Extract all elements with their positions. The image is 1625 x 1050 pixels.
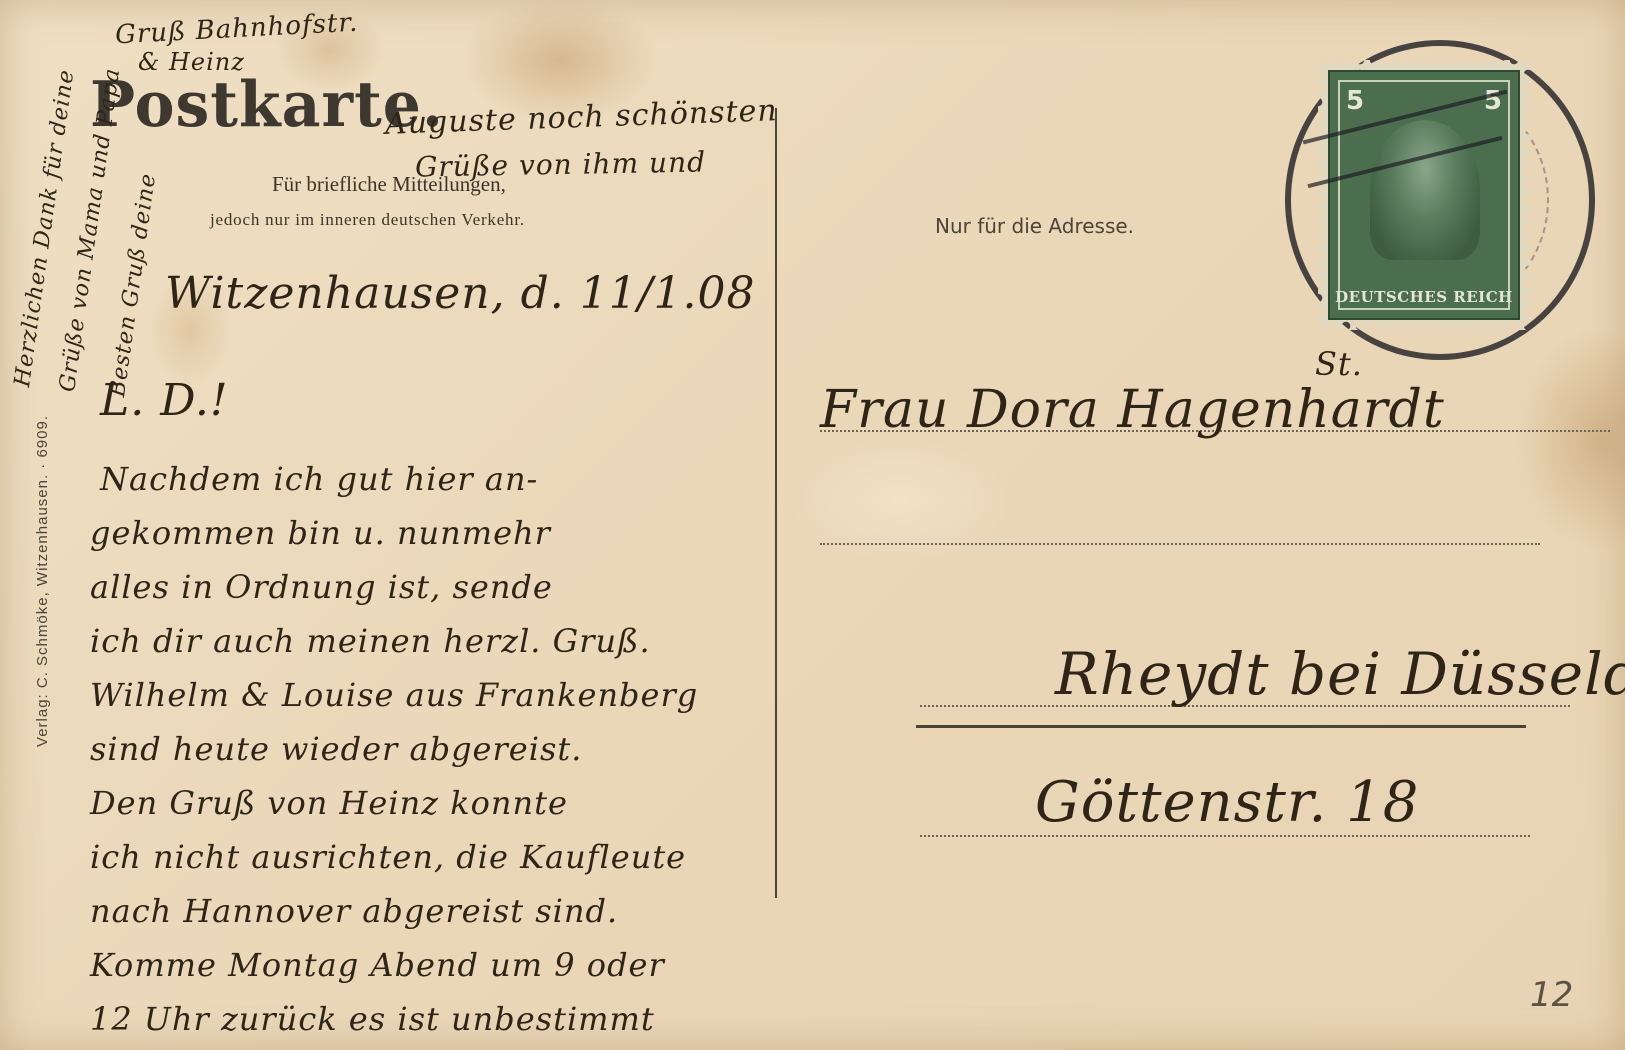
- stamp-value-left: 5: [1346, 86, 1364, 116]
- margin-note-top-1: Gruß Bahnhofstr.: [114, 8, 359, 51]
- message-line: gekommen bin u. nunmehr: [90, 514, 698, 568]
- message-line: sind heute wieder abgereist.: [90, 730, 698, 784]
- corner-mark: 12: [1530, 975, 1573, 1015]
- address-underline: [916, 725, 1526, 728]
- center-divider: [775, 108, 777, 898]
- message-line: ich nicht ausrichten, die Kaufleute: [90, 838, 698, 892]
- postage-stamp: 5 5 DEUTSCHES REICH: [1318, 60, 1530, 330]
- salutation: L. D.!: [100, 375, 229, 426]
- margin-note-top-2: & Heinz: [138, 48, 245, 76]
- publisher-imprint: Verlag: C. Schmöke, Witzenhausen. · 6909…: [34, 415, 51, 1025]
- message-line: Komme Montag Abend um 9 oder: [90, 946, 698, 1000]
- stamp-design: 5 5 DEUTSCHES REICH: [1328, 70, 1520, 320]
- address-recipient: Frau Dora Hagenhardt: [820, 380, 1445, 440]
- address-line-4: [920, 835, 1530, 837]
- germania-portrait-icon: [1370, 120, 1480, 260]
- message-line: Den Gruß von Heinz konnte: [90, 784, 698, 838]
- address-city: Rheydt bei Düsseldorf: [1055, 640, 1625, 708]
- place-date: Witzenhausen, d. 11/1.08: [165, 268, 756, 319]
- printed-subtitle-line2: jedoch nur im inneren deutschen Verkehr.: [210, 210, 525, 230]
- message-line: ich dir auch meinen herzl. Gruß.: [90, 622, 698, 676]
- address-label: Nur für die Adresse.: [935, 214, 1134, 238]
- message-body: Nachdem ich gut hier an- gekommen bin u.…: [90, 460, 698, 1050]
- margin-vertical-3: Besten Gruß deine: [105, 171, 161, 398]
- message-line: alles in Ordnung ist, sende: [90, 568, 698, 622]
- address-line-2: [820, 543, 1540, 545]
- header-handwriting-2: Grüße von ihm und: [415, 145, 707, 183]
- message-line: Wilhelm & Louise aus Frankenberg: [90, 676, 698, 730]
- message-line: Nachdem ich gut hier an-: [90, 460, 698, 514]
- address-street: Göttenstr. 18: [1035, 770, 1419, 835]
- postcard: Postkarte. Für briefliche Mitteilungen, …: [0, 0, 1625, 1050]
- message-line: 12 Uhr zurück es ist unbestimmt: [90, 1000, 698, 1050]
- address-prefix: St.: [1315, 345, 1363, 383]
- stamp-country: DEUTSCHES REICH: [1330, 288, 1518, 306]
- message-line: nach Hannover abgereist sind.: [90, 892, 698, 946]
